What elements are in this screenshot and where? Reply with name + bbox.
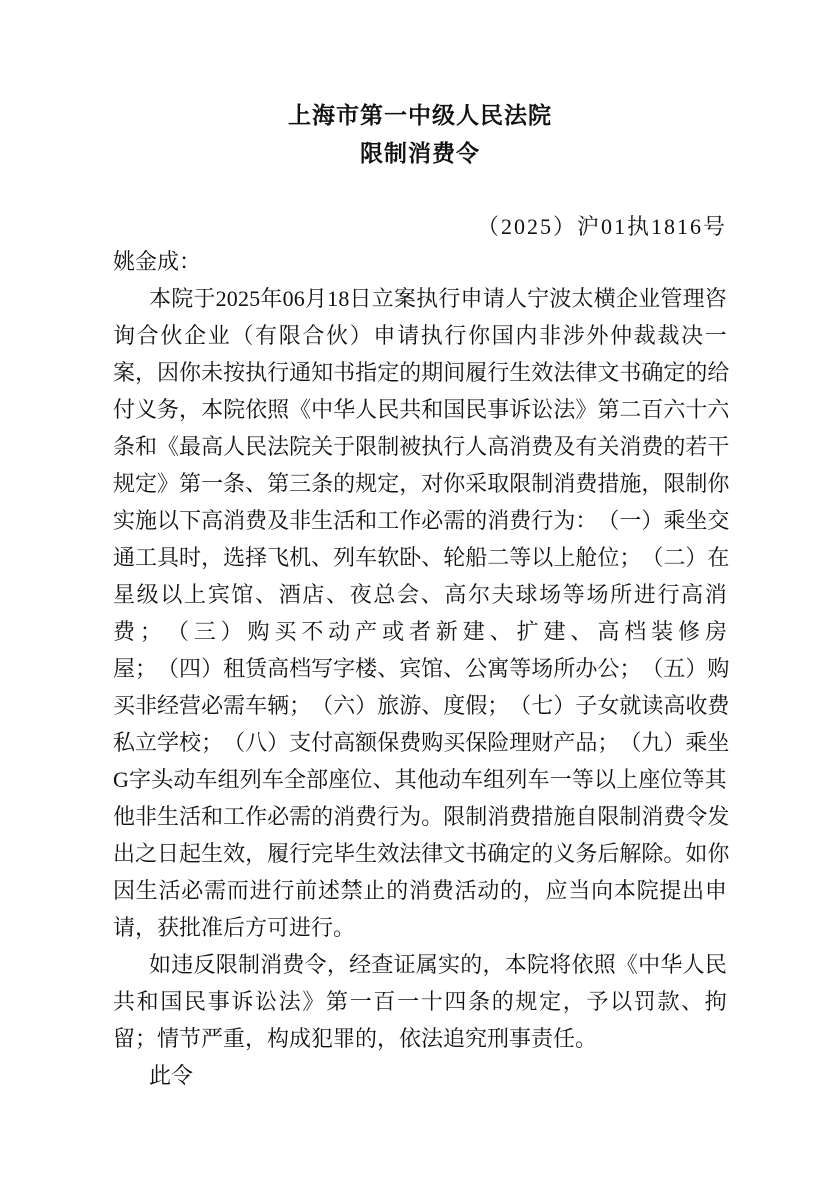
text-line: 请，获批准后方可进行。 (113, 909, 727, 946)
document-body: 姚金成： 本院于2025年06月18日立案执行申请人宁波太横企业管理咨询合伙企业… (113, 243, 727, 1094)
text-line: 规定》第一条、第三条的规定，对你采取限制消费措施，限制你 (113, 465, 727, 502)
case-number: （2025）沪01执1816号 (477, 211, 727, 243)
text-line: 出之日起生效，履行完毕生效法律文书确定的义务后解除。如你 (113, 835, 727, 872)
text-line: 共和国民事诉讼法》第一百一十四条的规定，予以罚款、拘 (113, 983, 727, 1020)
text-line: 留；情节严重，构成犯罪的，依法追究刑事责任。 (113, 1020, 727, 1057)
text-line: 案，因你未按执行通知书指定的期间履行生效法律文书确定的给 (113, 354, 727, 391)
text-line: 屋；（四）租赁高档写字楼、宾馆、公寓等场所办公；（五）购 (113, 650, 727, 687)
text-line: 此令 (113, 1057, 727, 1094)
text-line: 条和《最高人民法院关于限制被执行人高消费及有关消费的若干 (113, 428, 727, 465)
text-line: 私立学校；（八）支付高额保费购买保险理财产品；（九）乘坐 (113, 724, 727, 761)
text-line: 星级以上宾馆、酒店、夜总会、高尔夫球场等场所进行高消 (113, 576, 727, 613)
addressee: 姚金成： (113, 243, 727, 280)
text-line: 实施以下高消费及非生活和工作必需的消费行为：（一）乘坐交 (113, 502, 727, 539)
text-line: 买非经营必需车辆；（六）旅游、度假；（七）子女就读高收费 (113, 687, 727, 724)
text-line: 如违反限制消费令，经查证属实的，本院将依照《中华人民 (113, 946, 727, 983)
document-page: 上海市第一中级人民法院 限制消费令 （2025）沪01执1816号 姚金成： 本… (0, 0, 840, 1186)
text-line: 他非生活和工作必需的消费行为。限制消费措施自限制消费令发 (113, 798, 727, 835)
document-title: 限制消费令 (0, 139, 840, 169)
text-line: 付义务，本院依照《中华人民共和国民事诉讼法》第二百六十六 (113, 391, 727, 428)
text-line: 费；（三）购买不动产或者新建、扩建、高档装修房 (113, 613, 727, 650)
text-line: 询合伙企业（有限合伙）申请执行你国内非涉外仲裁裁决一 (113, 317, 727, 354)
text-line: 本院于2025年06月18日立案执行申请人宁波太横企业管理咨 (113, 280, 727, 317)
court-name: 上海市第一中级人民法院 (0, 101, 840, 131)
text-line: 通工具时，选择飞机、列车软卧、轮船二等以上舱位；（二）在 (113, 539, 727, 576)
body-lines: 本院于2025年06月18日立案执行申请人宁波太横企业管理咨询合伙企业（有限合伙… (113, 280, 727, 1094)
text-line: 因生活必需而进行前述禁止的消费活动的，应当向本院提出申 (113, 872, 727, 909)
text-line: G字头动车组列车全部座位、其他动车组列车一等以上座位等其 (113, 761, 727, 798)
